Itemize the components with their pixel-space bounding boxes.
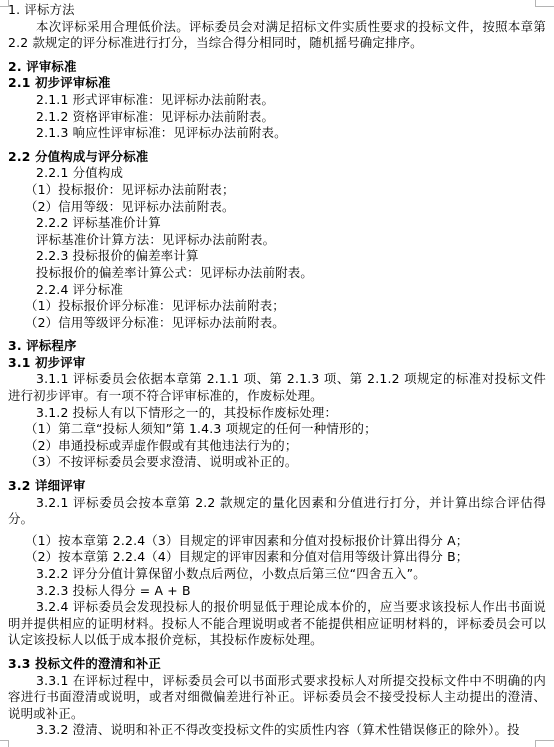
section-2-2-heading: 2.2 分值构成与评分标准 xyxy=(8,149,546,166)
document-page: 1. 评标方法 本次评标采用合理低价法。评标委员会对满足招标文件实质性要求的投标… xyxy=(0,0,554,747)
paragraph-3-1-1: 3.1.1 评标委员会依据本章第 2.1.1 项、第 2.1.3 项、第 2.1… xyxy=(8,371,546,404)
item-2-1-2: 2.1.2 资格评审标准：见评标办法前附表。 xyxy=(8,109,546,126)
document-body: 1. 评标方法 本次评标采用合理低价法。评标委员会对满足招标文件实质性要求的投标… xyxy=(8,2,546,739)
item-2-2-2: 2.2.2 评标基准价计算 xyxy=(8,215,546,232)
section-2-1-heading: 2.1 初步评审标准 xyxy=(8,75,546,92)
paragraph-3-2-1: 3.2.1 评标委员会按本章第 2.2 款规定的量化因素和分值进行打分，并计算出… xyxy=(8,495,546,528)
item-3-1-2: 3.1.2 投标人有以下情形之一的，其投标作废标处理： xyxy=(8,405,546,422)
crop-mark-bottom-right xyxy=(535,740,554,747)
paragraph-3-2-4: 3.2.4 评标委员会发现投标人的报价明显低于理论成本价的，应当要求该投标人作出… xyxy=(8,599,546,649)
item-3-2-1-2: （2）按本章第 2.2.4（4）目规定的评审因素和分值对信用等级计算出得分 B； xyxy=(8,549,546,566)
item-3-2-1-1: （1）按本章第 2.2.4（3）目规定的评审因素和分值对投标报价计算出得分 A； xyxy=(8,533,546,550)
paragraph-3-3-1: 3.3.1 在评标过程中，评标委员会可以书面形式要求投标人对所提交投标文件中不明… xyxy=(8,673,546,723)
item-2-1-3: 2.1.3 响应性评审标准：见评标办法前附表。 xyxy=(8,125,546,142)
item-2-2-4: 2.2.4 评分标准 xyxy=(8,282,546,299)
section-1-paragraph: 本次评标采用合理低价法。评标委员会对满足招标文件实质性要求的投标文件，按照本章第… xyxy=(8,19,546,52)
item-2-2-2-text: 评标基准价计算方法：见评标办法前附表。 xyxy=(8,232,546,249)
item-3-1-2-2: （2）串通投标或弄虚作假或有其他违法行为的； xyxy=(8,438,546,455)
item-2-2-4-2: （2）信用等级评分标准：见评标办法前附表。 xyxy=(8,315,546,332)
item-3-1-2-3: （3）不按评标委员会要求澄清、说明或补正的。 xyxy=(8,454,546,471)
item-2-2-4-1: （1）投标报价评分标准：见评标办法前附表； xyxy=(8,298,546,315)
item-2-2-3: 2.2.3 投标报价的偏差率计算 xyxy=(8,248,546,265)
item-2-2-1: 2.2.1 分值构成 xyxy=(8,165,546,182)
item-2-2-3-text: 投标报价的偏差率计算公式：见评标办法前附表。 xyxy=(8,265,546,282)
section-3-1-heading: 3.1 初步评审 xyxy=(8,355,546,372)
section-1-heading: 1. 评标方法 xyxy=(8,2,546,19)
item-2-2-1-2: （2）信用等级：见评标办法前附表。 xyxy=(8,199,546,216)
section-3-2-heading: 3.2 详细评审 xyxy=(8,478,546,495)
section-3-heading: 3. 评标程序 xyxy=(8,338,546,355)
item-3-1-2-1: （1）第二章“投标人须知”第 1.4.3 项规定的任何一种情形的； xyxy=(8,421,546,438)
item-2-2-1-1: （1）投标报价：见评标办法前附表； xyxy=(8,182,546,199)
section-3-3-heading: 3.3 投标文件的澄清和补正 xyxy=(8,656,546,673)
section-2-heading: 2. 评审标准 xyxy=(8,59,546,76)
item-3-2-2: 3.2.2 评分分值计算保留小数点后两位，小数点后第三位“四舍五入”。 xyxy=(8,566,546,583)
crop-mark-bottom-left xyxy=(0,740,9,747)
item-3-2-3: 3.2.3 投标人得分 = A + B xyxy=(8,583,546,600)
paragraph-3-3-2: 3.3.2 澄清、说明和补正不得改变投标文件的实质性内容（算术性错误修正的除外）… xyxy=(8,722,546,739)
item-2-1-1: 2.1.1 形式评审标准：见评标办法前附表。 xyxy=(8,92,546,109)
